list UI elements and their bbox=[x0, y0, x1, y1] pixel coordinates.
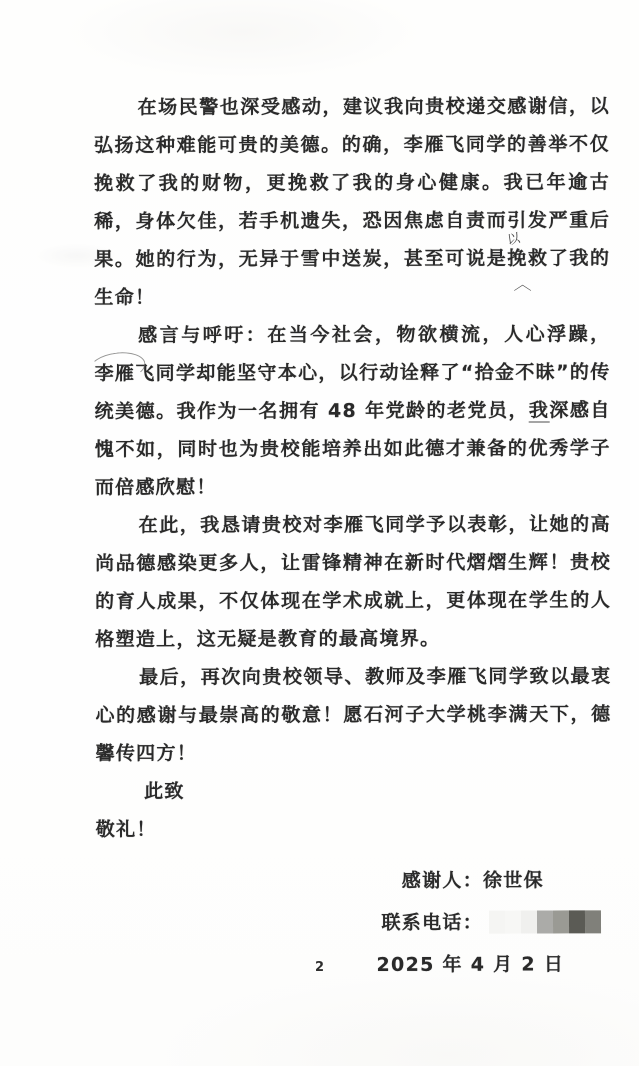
closing-respectfully: 此致 bbox=[96, 771, 612, 810]
caret-insert-icon: ︿ bbox=[456, 279, 531, 293]
paragraph-2-text: 感言与呼吁：在当今社会，物欲横流，人心浮躁， bbox=[138, 323, 610, 346]
paragraph-3: 在此，我恳请贵校对李雁飞同学予以表彰，让她的高尚品德感染更多人，让雷锋精神在新时… bbox=[95, 505, 611, 658]
signature-sender-line: 感谢人：徐世保 bbox=[96, 859, 612, 902]
paragraph-4: 最后，再次向贵校领导、教师及李雁飞同学致以最衷心的感谢与最崇高的敬意！愿石河子大… bbox=[95, 657, 611, 772]
phone-label: 联系电话： bbox=[381, 912, 483, 934]
underlined-annotation-text: 我 bbox=[529, 399, 550, 422]
sender-name: 徐世保 bbox=[483, 870, 544, 892]
page-number: 2 bbox=[0, 960, 639, 975]
closing-salute: 敬礼！ bbox=[96, 809, 612, 848]
sender-label: 感谢人： bbox=[402, 870, 483, 892]
paragraph-2: 感言与呼吁：在当今社会，物欲横流，人心浮躁，李雁飞同学却能坚守本心，以行动诠释了… bbox=[94, 315, 610, 506]
phone-redaction-mosaic bbox=[489, 910, 601, 933]
scanned-letter-page: 在场民警也深受感动，建议我向贵校递交感谢信，以弘扬这种难能可贵的美德。的确，李雁… bbox=[0, 0, 639, 1066]
circled-annotation-text: 李雁 bbox=[95, 363, 136, 385]
paragraph-1-text: 在场民警也深受感动，建议我向贵校递交感谢信，以弘扬这种难能可贵的美德。的确，李雁… bbox=[94, 95, 610, 270]
paragraph-1: 在场民警也深受感动，建议我向贵校递交感谢信，以弘扬这种难能可贵的美德。的确，李雁… bbox=[94, 87, 611, 316]
letter-body: 在场民警也深受感动，建议我向贵校递交感谢信，以弘扬这种难能可贵的美德。的确，李雁… bbox=[94, 87, 612, 986]
signature-phone-line: 联系电话： bbox=[96, 901, 612, 944]
